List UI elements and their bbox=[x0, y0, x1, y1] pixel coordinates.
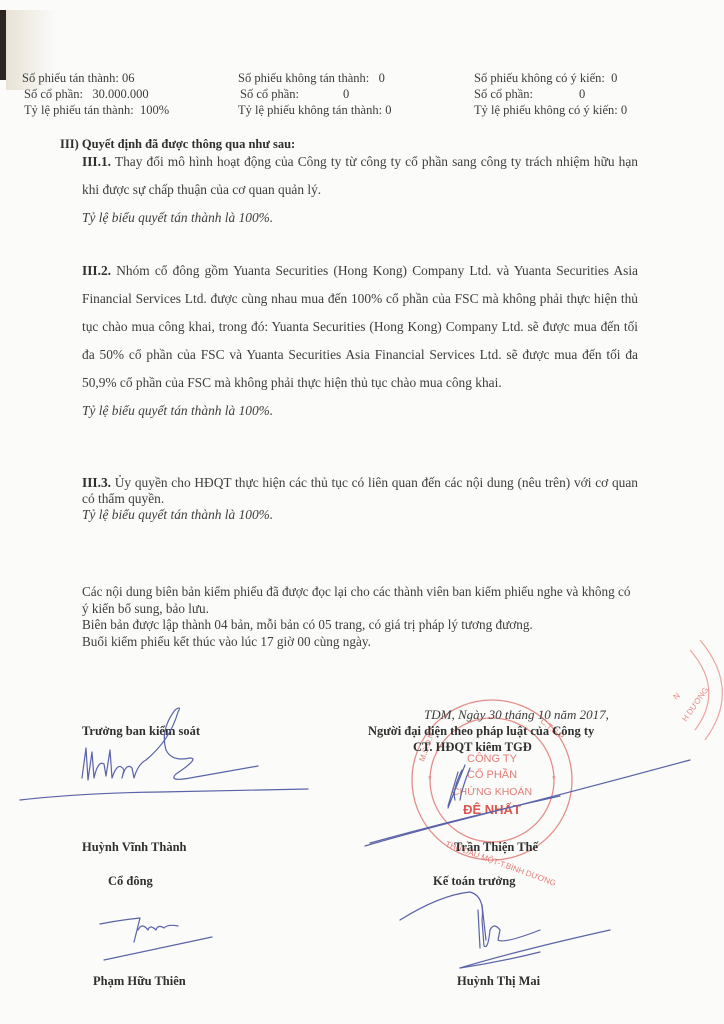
svg-text:H DƯƠNG: H DƯƠNG bbox=[680, 686, 710, 723]
svg-text:CỔ PHẦN: CỔ PHẦN bbox=[467, 768, 517, 781]
signature-huynh-thi-mai bbox=[400, 892, 610, 968]
disapprove-shares: Số cổ phần:0 bbox=[240, 88, 349, 101]
resolution-text: Nhóm cổ đông gồm Yuanta Securities (Hong… bbox=[82, 263, 638, 390]
closing-line-3: Buổi kiểm phiếu kết thúc vào lúc 17 giờ … bbox=[82, 634, 642, 651]
signature-tran-thien-the bbox=[365, 760, 690, 846]
left-bottom-name: Phạm Hữu Thiên bbox=[93, 974, 186, 989]
resolution-1: III.1. Thay đổi mô hình hoạt động của Cô… bbox=[82, 148, 638, 232]
left-bottom-title: Cổ đông bbox=[108, 874, 153, 889]
approve-ratio: Tỷ lệ phiếu tán thành: 100% bbox=[24, 104, 169, 117]
signature-pham-huu-thien bbox=[100, 918, 212, 960]
signature-huynh-vinh-thanh bbox=[20, 708, 308, 800]
approve-shares: Số cổ phần: 30.000.000 bbox=[24, 88, 149, 101]
disapprove-votes: Số phiếu không tán thành: 0 bbox=[238, 72, 385, 85]
approve-votes: Số phiếu tán thành: 06 bbox=[22, 72, 135, 85]
no-opinion-ratio: Tỷ lệ phiếu không có ý kiến: 0 bbox=[474, 104, 627, 117]
right-top-title-1: Người đại diện theo pháp luật của Công t… bbox=[368, 724, 594, 739]
closing-line-1: Các nội dung biên bản kiểm phiếu đã được… bbox=[82, 584, 638, 617]
resolution-number: III.1. bbox=[82, 154, 111, 169]
resolution-approval: Tỷ lệ biểu quyết tán thành là 100%. bbox=[82, 507, 638, 523]
svg-text:*: * bbox=[428, 774, 432, 784]
svg-text:N: N bbox=[672, 691, 682, 702]
resolution-number: III.3. bbox=[82, 475, 111, 490]
resolution-text: Ủy quyền cho HĐQT thực hiện các thủ tục … bbox=[82, 475, 638, 506]
left-top-title: Trưởng ban kiểm soát bbox=[82, 724, 200, 739]
resolution-text: Thay đổi mô hình hoạt động của Công ty t… bbox=[82, 154, 638, 197]
svg-text:CHỨNG KHOÁN: CHỨNG KHOÁN bbox=[452, 785, 532, 798]
left-top-name: Huỳnh Vĩnh Thành bbox=[82, 840, 186, 855]
right-top-title-2: CT. HĐQT kiêm TGĐ bbox=[413, 740, 532, 755]
no-opinion-shares: Số cổ phần:0 bbox=[474, 88, 585, 101]
svg-text:*: * bbox=[552, 774, 556, 784]
resolution-approval: Tỷ lệ biểu quyết tán thành là 100%. bbox=[82, 401, 638, 421]
resolution-2: III.2. Nhóm cổ đông gồm Yuanta Securitie… bbox=[82, 257, 638, 421]
svg-text:ĐỆ NHẤT: ĐỆ NHẤT bbox=[463, 802, 521, 817]
resolution-number: III.2. bbox=[82, 263, 111, 278]
resolution-approval: Tỷ lệ biểu quyết tán thành là 100%. bbox=[82, 204, 638, 232]
closing-line-2: Biên bản được lập thành 04 bản, mỗi bản … bbox=[82, 617, 642, 634]
date-line: TDM, Ngày 30 tháng 10 năm 2017, bbox=[424, 707, 609, 723]
no-opinion-votes: Số phiếu không có ý kiến: 0 bbox=[474, 72, 617, 85]
right-bottom-name: Huỳnh Thị Mai bbox=[457, 974, 540, 989]
disapprove-ratio: Tỷ lệ phiếu không tán thành: 0 bbox=[238, 104, 391, 117]
closing-statement: Các nội dung biên bản kiểm phiếu đã được… bbox=[82, 584, 642, 650]
right-top-name: Trần Thiện Thế bbox=[454, 840, 538, 855]
resolution-3: III.3. Ủy quyền cho HĐQT thực hiện các t… bbox=[82, 475, 638, 523]
right-bottom-title: Kế toán trưởng bbox=[433, 874, 515, 889]
